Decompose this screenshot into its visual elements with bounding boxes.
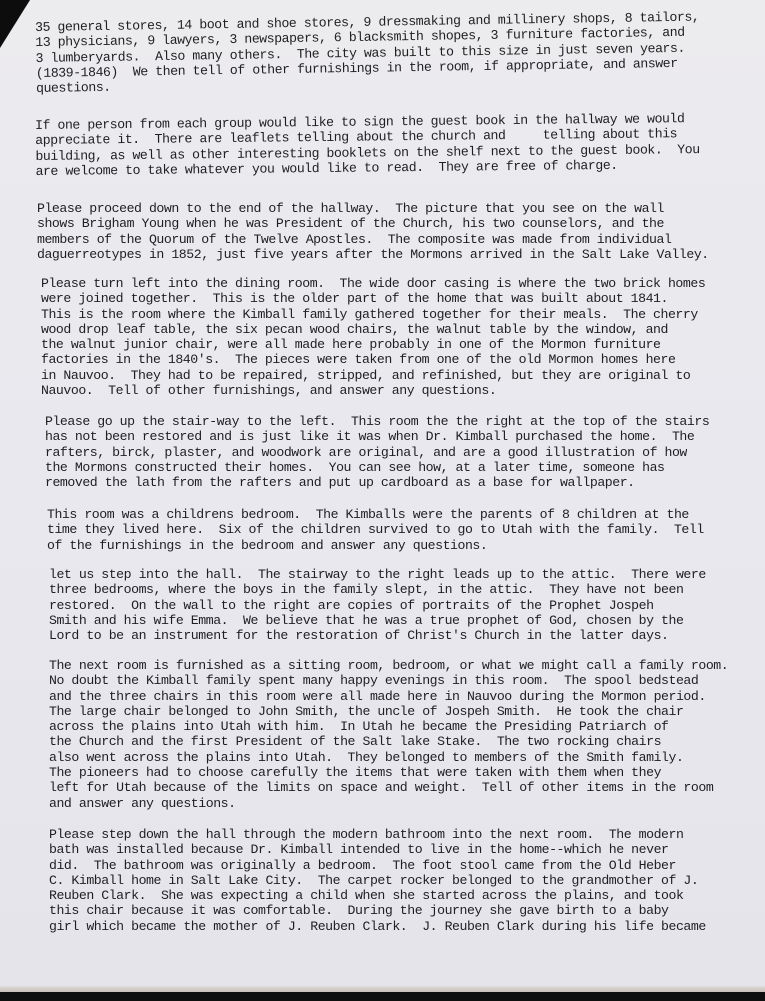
text-line: rafters, birck, plaster, and woodwork ar… [45,445,709,460]
paragraph-family-room: The next room is furnished as a sitting … [49,658,728,811]
text-line: members of the Quorum of the Twelve Apos… [37,232,709,247]
paragraph-bathroom: Please step down the hall through the mo… [49,827,706,934]
text-line: The pioneers had to choose carefully the… [49,765,728,780]
text-line: three bedrooms, where the boys in the fa… [49,582,706,597]
text-line: The next room is furnished as a sitting … [49,658,728,673]
text-line: this chair because it was comfortable. D… [49,903,706,918]
text-line: This is the room where the Kimball famil… [41,307,705,322]
text-line: restored. On the wall to the right are c… [49,598,706,613]
text-line: C. Kimball home in Salt Lake City. The c… [49,873,706,888]
text-line: bath was installed because Dr. Kimball i… [49,842,706,857]
paragraph-childrens-bedroom: This room was a childrens bedroom. The K… [47,507,704,553]
text-line: time they lived here. Six of the childre… [47,522,704,537]
text-line: in Nauvoo. They had to be repaired, stri… [41,368,705,383]
text-line: left for Utah because of the limits on s… [49,780,728,795]
text-line: did. The bathroom was originally a bedro… [49,858,706,873]
text-line: Smith and his wife Emma. We believe that… [49,613,706,628]
text-line: daguerreotypes in 1852, just five years … [37,247,709,262]
text-line: has not been restored and is just like i… [45,429,709,444]
text-line: factories in the 1840's. The pieces were… [41,352,705,367]
text-line: Please proceed down to the end of the ha… [37,201,709,216]
paragraph-hall-attic: let us step into the hall. The stairway … [49,567,706,643]
text-line: girl which became the mother of J. Reube… [49,919,706,934]
background-bottom [0,992,765,1001]
text-line: wood drop leaf table, the six pecan wood… [41,322,705,337]
text-line: were joined together. This is the older … [41,291,705,306]
text-line: the walnut junior chair, were all made h… [41,337,705,352]
text-line: also went across the plains into Utah. T… [49,750,728,765]
text-line: and the three chairs in this room were a… [49,689,728,704]
text-line: Reuben Clark. She was expecting a child … [49,888,706,903]
text-line: Please step down the hall through the mo… [49,827,706,842]
paragraph-hallway-picture: Please proceed down to the end of the ha… [37,201,709,262]
background-corner [0,0,30,48]
text-line: shows Brigham Young when he was Presiden… [37,216,709,231]
paragraph-stairway: Please go up the stair-way to the left. … [45,414,709,490]
text-line: The large chair belonged to John Smith, … [49,704,728,719]
text-line: the Church and the first President of th… [49,734,728,749]
paragraph-guest-book: If one person from each group would like… [35,111,700,179]
paragraph-city-businesses: 35 general stores, 14 boot and shoe stor… [35,10,700,97]
text-line: and answer any questions. [49,796,728,811]
text-line: Nauvoo. Tell of other furnishings, and a… [41,383,705,398]
text-line: Please turn left into the dining room. T… [41,276,705,291]
text-line: of the furnishings in the bedroom and an… [47,538,704,553]
paragraph-dining-room: Please turn left into the dining room. T… [41,276,705,398]
text-line: Lord to be an instrument for the restora… [49,628,706,643]
text-line: No doubt the Kimball family spent many h… [49,673,728,688]
text-line: removed the lath from the rafters and pu… [45,475,709,490]
text-line: This room was a childrens bedroom. The K… [47,507,704,522]
text-line: Please go up the stair-way to the left. … [45,414,709,429]
text-line: the Mormons constructed their homes. You… [45,460,709,475]
text-line: let us step into the hall. The stairway … [49,567,706,582]
text-line: across the plains into Utah with him. In… [49,719,728,734]
